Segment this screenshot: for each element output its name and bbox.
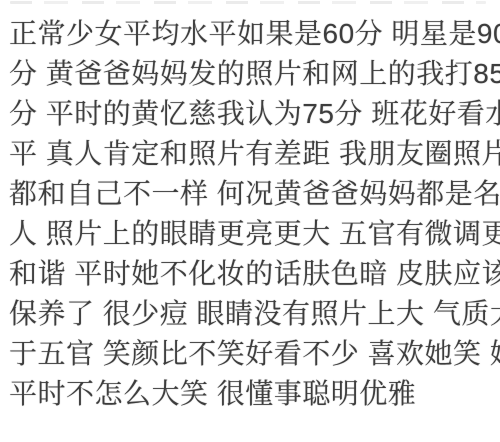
text-line: 和谐 平时她不化妆的话肤色暗 皮肤应该 [9, 254, 500, 294]
text-line: 都和自己不一样 何况黄爸爸妈妈都是名 [9, 174, 500, 214]
text-line: 正常少女平均水平如果是60分 明星是90 [9, 14, 500, 54]
text-line: 分 平时的黄忆慈我认为75分 班花好看水 [9, 94, 500, 134]
cropped-line-remnant [10, 1, 486, 4]
text-line: 于五官 笑颜比不笑好看不少 喜欢她笑 她 [9, 334, 500, 374]
text-line: 平时不怎么大笑 很懂事聪明优雅 [9, 374, 500, 414]
text-line: 人 照片上的眼睛更亮更大 五官有微调更 [9, 214, 500, 254]
text-screenshot: 正常少女平均水平如果是60分 明星是90 分 黄爸爸妈妈发的照片和网上的我打85… [0, 0, 500, 442]
comment-text-block: 正常少女平均水平如果是60分 明星是90 分 黄爸爸妈妈发的照片和网上的我打85… [9, 14, 500, 414]
text-line: 平 真人肯定和照片有差距 我朋友圈照片 [9, 134, 500, 174]
text-line: 保养了 很少痘 眼睛没有照片上大 气质大 [9, 294, 500, 334]
text-line: 分 黄爸爸妈妈发的照片和网上的我打85 [9, 54, 500, 94]
